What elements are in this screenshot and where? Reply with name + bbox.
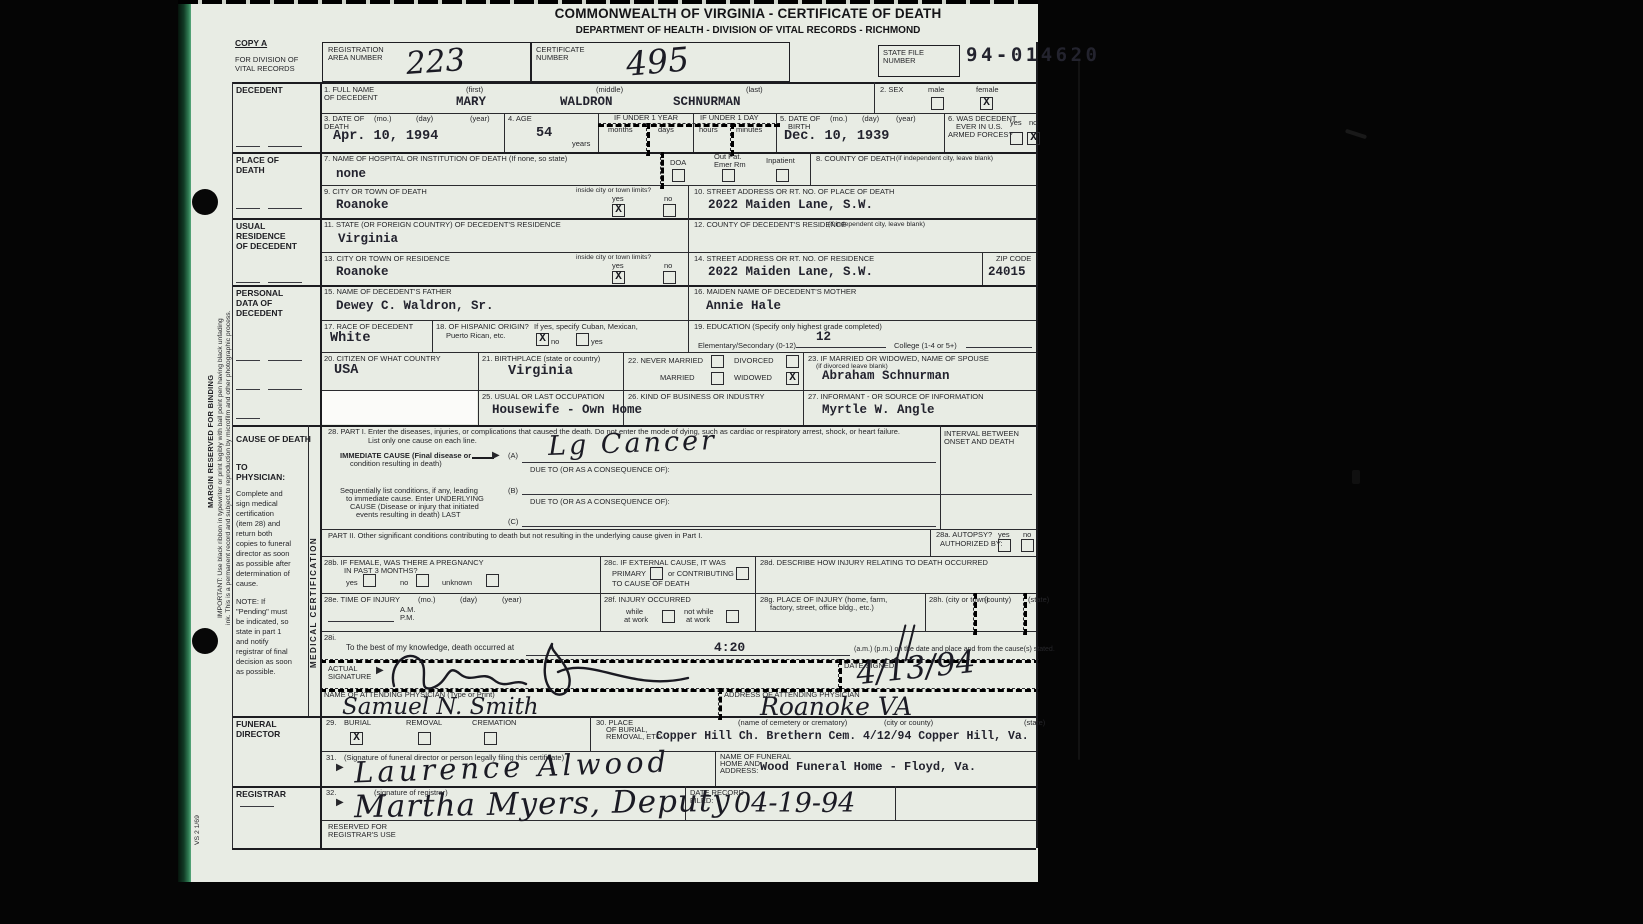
field-28-label: List only one cause on each line.: [368, 437, 477, 446]
field-1-label: OF DECEDENT: [324, 94, 378, 103]
field-3-day-label: (day): [416, 115, 433, 124]
armed-forces-yes-checkbox: [1010, 132, 1023, 145]
side-note: state in part 1: [236, 628, 281, 637]
section-funeral-director: FUNERAL: [236, 719, 277, 729]
occupation-value: Housewife - Own Home: [492, 403, 642, 417]
married-checkbox: [711, 372, 724, 385]
field-5-day-label: (day): [862, 115, 879, 124]
field-1-last-label: (last): [746, 86, 763, 95]
field-1-first-label: (first): [466, 86, 483, 95]
field-5-year-label: (year): [896, 115, 916, 124]
field-10-label: 10. STREET ADDRESS OR RT. NO. OF PLACE O…: [694, 188, 894, 197]
not-while-at-work-label: at work: [686, 616, 710, 625]
under-1-day-label: IF UNDER 1 DAY: [700, 114, 759, 123]
armed-forces-no-checkbox: X: [1027, 132, 1040, 145]
certificate-number-label: NUMBER: [536, 54, 569, 63]
removal-label: REMOVAL: [406, 719, 442, 728]
side-note: determination of: [236, 570, 290, 579]
section-decedent: DECEDENT: [236, 85, 283, 95]
side-note: director as soon: [236, 550, 289, 559]
external-primary-label: PRIMARY: [612, 570, 646, 579]
under-1-day-minutes-label: minutes: [736, 126, 762, 135]
hispanic-yes-label: yes: [591, 338, 603, 347]
never-married-label: 22. NEVER MARRIED: [628, 357, 703, 366]
funeral-home-value: Wood Funeral Home - Floyd, Va.: [760, 760, 976, 774]
punch-hole: [192, 628, 218, 654]
copy-for-label: VITAL RECORDS: [235, 65, 295, 74]
armed-forces-no-label: no: [1029, 119, 1037, 128]
actual-signature-label: SIGNATURE: [328, 673, 371, 682]
reserved-label: REGISTRAR'S USE: [328, 831, 396, 840]
zip-code-value: 24015: [988, 265, 1026, 279]
field-3-year-label: (year): [470, 115, 490, 124]
certificate-paper: MARGIN RESERVED FOR BINDING IMPORTANT: U…: [178, 0, 1038, 882]
field-28e-label: 28e. TIME OF INJURY: [324, 596, 400, 605]
education-college-label: College (1-4 or 5+): [894, 342, 957, 351]
part-2-label: PART II. Other significant conditions co…: [328, 532, 918, 541]
section-usual-residence: USUAL: [236, 221, 265, 231]
birthplace-value: Virginia: [508, 364, 573, 379]
side-note: certification: [236, 510, 274, 519]
side-note: registrar of final: [236, 648, 288, 657]
field-13-label: 13. CITY OR TOWN OF RESIDENCE: [324, 255, 450, 264]
limits-yes-label: yes: [612, 262, 624, 271]
section-usual-residence: RESIDENCE: [236, 231, 286, 241]
injury-day-label: (day): [460, 596, 477, 605]
side-note: Complete and: [236, 490, 283, 499]
field-12-label: (if independent city, leave blank): [828, 221, 925, 230]
scan-artifact: [1352, 470, 1360, 484]
widowed-checkbox: X: [786, 372, 799, 385]
injury-county-label: (county): [984, 596, 1011, 605]
field-31-label: 31.: [326, 754, 336, 763]
field-2-label: 2. SEX: [880, 86, 903, 95]
redaction-box: [322, 391, 477, 424]
field-15-label: 15. NAME OF DECEDENT'S FATHER: [324, 288, 452, 297]
field-28c-label: TO CAUSE OF DEATH: [612, 580, 690, 589]
divorced-label: DIVORCED: [734, 357, 774, 366]
check-mark: X: [1030, 132, 1037, 144]
pregnancy-unknown-checkbox: [486, 574, 499, 587]
sex-male-label: male: [928, 86, 944, 95]
while-at-work-label: at work: [624, 616, 648, 625]
death-limits-yes-checkbox: X: [612, 204, 625, 217]
field-29-label: 29.: [326, 719, 336, 728]
page-title: COMMONWEALTH OF VIRGINIA - CERTIFICATE O…: [458, 6, 1038, 21]
underlying-cause-label: events resulting in death) LAST: [356, 511, 461, 520]
certificate-number-value: 495: [624, 39, 690, 83]
state-file-label: NUMBER: [883, 57, 916, 66]
residence-state-value: Virginia: [338, 232, 398, 246]
section-place-of-death: DEATH: [236, 165, 265, 175]
father-name-value: Dewey C. Waldron, Sr.: [336, 299, 494, 313]
cremation-label: CREMATION: [472, 719, 516, 728]
side-note: sign medical: [236, 500, 278, 509]
under-1-day-hours-label: hours: [699, 126, 718, 135]
section-registrar: REGISTRAR: [236, 789, 286, 799]
doa-checkbox: [672, 169, 685, 182]
decedent-first-name: MARY: [456, 95, 486, 109]
divorced-checkbox: [786, 355, 799, 368]
age-years-label: years: [572, 140, 590, 149]
hispanic-no-label: no: [551, 338, 559, 347]
field-27-label: 27. INFORMANT - OR SOURCE OF INFORMATION: [808, 393, 984, 402]
due-to-label: DUE TO (OR AS A CONSEQUENCE OF):: [530, 498, 670, 507]
burial-label: BURIAL: [344, 719, 371, 728]
section-usual-residence: OF DECEDENT: [236, 241, 297, 251]
injury-year-label: (year): [502, 596, 522, 605]
hispanic-yes-checkbox: [576, 333, 589, 346]
side-note: and notify: [236, 638, 269, 647]
field-8-label: (if independent city, leave blank): [896, 155, 993, 164]
place-of-death-address-value: 2022 Maiden Lane, S.W.: [708, 198, 873, 212]
field-32-label: 32.: [326, 789, 336, 798]
sex-female-label: female: [976, 86, 999, 95]
under-1-year-days-label: days: [658, 126, 674, 135]
field-11-label: 11. STATE (OR FOREIGN COUNTRY) OF DECEDE…: [324, 221, 561, 230]
inpatient-checkbox: [776, 169, 789, 182]
binding-edge: [178, 0, 191, 882]
autopsy-no-checkbox: [1021, 539, 1034, 552]
arrow-right-icon: ▶: [336, 764, 344, 773]
pregnancy-no-checkbox: [416, 574, 429, 587]
check-mark: X: [615, 271, 622, 283]
immediate-cause-label: condition resulting in death): [350, 460, 442, 469]
cemetery-city-label: (city or county): [884, 719, 933, 728]
field-21-label: 21. BIRTHPLACE (state or country): [482, 355, 600, 364]
limits-no-label: no: [664, 262, 672, 271]
field-26-label: 26. KIND OF BUSINESS OR INDUSTRY: [628, 393, 765, 402]
attending-physician-name: Samuel N. Smith: [342, 694, 539, 720]
registration-area-value: 223: [405, 42, 467, 82]
outpatient-checkbox: [722, 169, 735, 182]
under-1-year-label: IF UNDER 1 YEAR: [614, 114, 678, 123]
registration-area-label: AREA NUMBER: [328, 54, 383, 63]
education-value: 12: [816, 330, 831, 344]
informant-value: Myrtle W. Angle: [822, 403, 935, 417]
under-1-year-months-label: months: [608, 126, 633, 135]
zip-code-label: ZIP CODE: [996, 255, 1031, 264]
field-19-label: 19. EDUCATION (Specify only highest grad…: [694, 323, 882, 332]
registrar-signature: Martha Myers, Deputy: [354, 783, 731, 826]
decedent-middle-name: WALDRON: [560, 95, 613, 109]
field-28c-label: 28c. IF EXTERNAL CAUSE, IT WAS: [604, 559, 726, 568]
never-married-checkbox: [711, 355, 724, 368]
pregnancy-yes-checkbox: [363, 574, 376, 587]
city-of-death-value: Roanoke: [336, 198, 389, 212]
cemetery-state-label: (state): [1024, 719, 1045, 728]
field-14-label: 14. STREET ADDRESS OR RT. NO. OF RESIDEN…: [694, 255, 874, 264]
hospital-value: none: [336, 167, 366, 181]
pregnancy-yes-label: yes: [346, 579, 358, 588]
field-28h-label: 28h. (city or town): [929, 596, 989, 605]
interval-label: ONSET AND DEATH: [944, 438, 1014, 447]
field-4-label: 4. AGE: [508, 115, 532, 124]
section-place-of-death: PLACE OF: [236, 155, 279, 165]
side-note: "Pending" must: [236, 608, 287, 617]
side-note: as possible.: [236, 668, 276, 677]
removal-checkbox: [418, 732, 431, 745]
pregnancy-unknown-label: unknown: [442, 579, 472, 588]
field-1-middle-label: (middle): [596, 86, 623, 95]
cause-b-label: (B): [508, 487, 518, 496]
field-28d-label: 28d. DESCRIBE HOW INJURY RELATING TO DEA…: [760, 559, 988, 568]
funeral-home-label: ADDRESS:: [720, 767, 758, 776]
arrow-right-icon: ▶: [336, 799, 344, 808]
field-9-label: 9. CITY OR TOWN OF DEATH: [324, 188, 427, 197]
residence-address-value: 2022 Maiden Lane, S.W.: [708, 265, 873, 279]
external-contributing-label: or CONTRIBUTING: [668, 570, 734, 579]
armed-forces-yes-label: yes: [1010, 119, 1022, 128]
residence-limits-yes-checkbox: X: [612, 271, 625, 284]
section-funeral-director: DIRECTOR: [236, 729, 280, 739]
cause-of-death-a-value: Lg Cancer: [548, 425, 718, 462]
side-note: as possible after: [236, 560, 291, 569]
section-cause-of-death: CAUSE OF DEATH: [236, 434, 311, 444]
scan-artifact: [1078, 60, 1080, 760]
form-code: VS 2 1/69: [194, 815, 203, 845]
arrow-right-icon: ▶: [376, 667, 384, 676]
field-30-label: REMOVAL, ETC.: [606, 733, 663, 742]
check-mark: X: [539, 333, 546, 345]
injury-state-label: (state): [1028, 596, 1049, 605]
field-8-label: 8. COUNTY OF DEATH: [816, 155, 895, 164]
cremation-checkbox: [484, 732, 497, 745]
not-while-at-work-checkbox: [726, 610, 739, 623]
arrow-right-icon: ▶: [492, 452, 500, 461]
citizen-value: USA: [334, 363, 358, 378]
cause-c-label: (C): [508, 518, 518, 527]
check-mark: X: [789, 372, 796, 384]
race-value: White: [330, 331, 371, 346]
date-record-filed-value: 04-19-94: [734, 788, 855, 819]
section-to-physician: PHYSICIAN:: [236, 472, 285, 482]
section-to-physician: TO: [236, 462, 248, 472]
sex-male-checkbox: [931, 97, 944, 110]
physician-address-value: Roanoke VA: [760, 692, 912, 721]
doa-label: DOA: [670, 159, 686, 168]
while-at-work-checkbox: [662, 610, 675, 623]
spouse-name-value: Abraham Schnurman: [822, 369, 950, 383]
date-of-birth-value: Dec. 10, 1939: [784, 129, 889, 144]
age-value: 54: [536, 126, 552, 141]
external-contributing-checkbox: [736, 567, 749, 580]
side-note: be indicated, so: [236, 618, 289, 627]
side-note: copies to funeral: [236, 540, 291, 549]
autopsy-yes-checkbox: [998, 539, 1011, 552]
punch-hole: [192, 189, 218, 215]
perforation-edge: [178, 0, 1038, 4]
copy-label: COPY A: [235, 38, 267, 48]
field-12-label: 12. COUNTY OF DECEDENT'S RESIDENCE: [694, 221, 846, 230]
scanned-death-certificate: MARGIN RESERVED FOR BINDING IMPORTANT: U…: [0, 0, 1643, 924]
field-6-label: ARMED FORCES?: [948, 131, 1013, 140]
side-note: (item 28) and: [236, 520, 280, 529]
residence-limits-no-checkbox: [663, 271, 676, 284]
pregnancy-no-label: no: [400, 579, 408, 588]
mother-maiden-name-value: Annie Hale: [706, 299, 781, 313]
limits-no-label: no: [664, 195, 672, 204]
limits-yes-label: yes: [612, 195, 624, 204]
check-mark: X: [983, 97, 990, 109]
death-limits-no-checkbox: [663, 204, 676, 217]
burial-checkbox: X: [350, 732, 363, 745]
date-of-death-value: Apr. 10, 1994: [333, 129, 438, 144]
city-of-residence-value: Roanoke: [336, 265, 389, 279]
field-28g-label: factory, street, office bldg., etc.): [770, 604, 874, 613]
check-mark: X: [615, 204, 622, 216]
time-of-death-value: 4:20: [714, 640, 745, 655]
medical-certification-vertical-label: MEDICAL CERTIFICATION: [309, 537, 318, 668]
field-18-label: If yes, specify Cuban, Mexican,: [534, 323, 638, 332]
field-7-label: 7. NAME OF HOSPITAL OR INSTITUTION OF DE…: [324, 155, 567, 164]
field-28i-label: 28i.: [324, 634, 336, 643]
margin-binding-note: MARGIN RESERVED FOR BINDING: [206, 375, 215, 508]
field-25-label: 25. USUAL OR LAST OCCUPATION: [482, 393, 604, 402]
page-subtitle: DEPARTMENT OF HEALTH - DIVISION OF VITAL…: [458, 25, 1038, 36]
check-mark: X: [353, 732, 360, 744]
injury-pm-label: P.M.: [400, 614, 414, 623]
field-28b-label: IN PAST 3 MONTHS?: [344, 567, 418, 576]
side-note: cause.: [236, 580, 258, 589]
date-record-filed-label: FILED:: [690, 797, 713, 806]
state-file-value: 94-014620: [966, 44, 1100, 66]
authorized-by-label: AUTHORIZED BY:: [940, 540, 1003, 549]
education-elementary-label: Elementary/Secondary (0-12): [698, 342, 796, 351]
sex-female-checkbox: X: [980, 97, 993, 110]
section-personal-data: DECEDENT: [236, 308, 283, 318]
side-note: NOTE: If: [236, 598, 265, 607]
due-to-label: DUE TO (OR AS A CONSEQUENCE OF):: [530, 466, 670, 475]
field-3-mo-label: (mo.): [374, 115, 392, 124]
section-personal-data: PERSONAL: [236, 288, 283, 298]
field-5-mo-label: (mo.): [830, 115, 848, 124]
side-note: decision as soon: [236, 658, 292, 667]
cemetery-label: (name of cemetery or crematory): [738, 719, 847, 728]
decedent-last-name: SCHNURMAN: [673, 95, 741, 109]
inpatient-label: Inpatient: [766, 157, 795, 166]
place-of-burial-value: Copper Hill Ch. Brethern Cem. 4/12/94 Co…: [656, 730, 1029, 743]
side-note: return both: [236, 530, 272, 539]
field-28f-label: 28f. INJURY OCCURRED: [604, 596, 691, 605]
field-18-label: Puerto Rican, etc.: [446, 332, 506, 341]
field-16-label: 16. MAIDEN NAME OF DECEDENT'S MOTHER: [694, 288, 856, 297]
widowed-label: WIDOWED: [734, 374, 772, 383]
section-personal-data: DATA OF: [236, 298, 272, 308]
scan-artifact: [1345, 129, 1367, 140]
hispanic-no-checkbox: X: [536, 333, 549, 346]
cause-a-label: (A): [508, 452, 518, 461]
injury-mo-label: (mo.): [418, 596, 436, 605]
married-label: MARRIED: [660, 374, 695, 383]
